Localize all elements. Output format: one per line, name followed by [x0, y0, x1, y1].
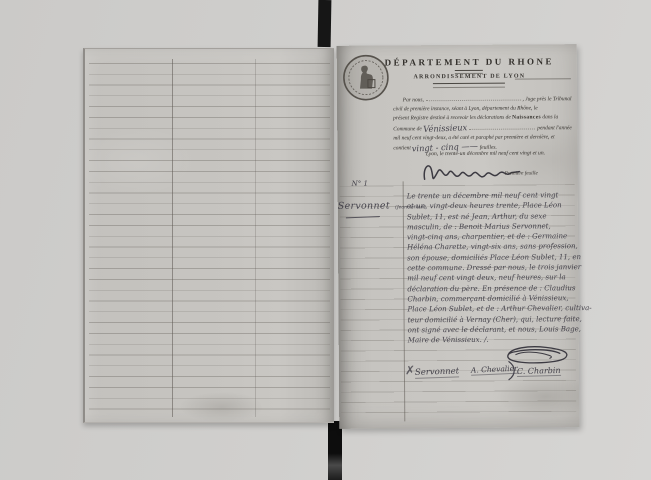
signature-row: ✗ Servonnet A. Chevalier C. Charbin	[405, 364, 577, 383]
margin-surname: Servonnet	[338, 200, 390, 211]
spine-clamp-bottom	[328, 421, 342, 480]
act-line: et un, vingt-deux heures trente, Place L…	[407, 200, 574, 211]
register-scan: DÉPARTEMENT DU RHONE ARRONDISSEMENT DE L…	[0, 0, 651, 480]
preamble-line1-pre: Par nous,	[403, 96, 424, 105]
department-title: DÉPARTEMENT DU RHONE	[377, 56, 562, 67]
act-line: ont signé avec le déclarant, et nous, Lo…	[408, 324, 575, 335]
preamble-line4-post: pendant l'année	[537, 124, 572, 133]
witness-signature-charbin: C. Charbin	[517, 366, 561, 377]
act-number: N° 1	[352, 180, 368, 188]
spine-clamp-top	[318, 0, 332, 47]
pen-cross-flourish: ✗	[405, 363, 415, 377]
preamble-line1-post: , Juge près le Tribunal	[523, 95, 572, 104]
act-line: Place Léon Sublet, et de : Arthur Cheval…	[407, 303, 574, 314]
ruled-lines-left	[89, 63, 330, 417]
blank-line	[426, 94, 521, 102]
naissances-word: Naissances	[512, 113, 541, 122]
preamble-line3-post: dans la	[542, 113, 558, 122]
left-page-blank	[83, 48, 334, 423]
first-sheet-note: Première feuille	[505, 170, 538, 176]
arrondissement-title-rule	[433, 83, 505, 89]
right-page-act: DÉPARTEMENT DU RHONE ARRONDISSEMENT DE L…	[337, 44, 580, 429]
blank-line	[469, 122, 535, 129]
witness-signature-servonnet: Servonnet	[415, 366, 460, 378]
preamble-dateline: Lyon, le trente-un décembre mil neuf cen…	[393, 150, 577, 157]
left-page-margin-rule	[255, 59, 256, 417]
paraph-flourish	[507, 361, 517, 381]
heading-blank-line	[515, 78, 571, 79]
act-line: mil neuf cent vingt deux, neuf heures, s…	[407, 273, 574, 284]
left-page-column-rule	[172, 59, 173, 417]
register-preamble: Par nous, , Juge près le Tribunal civil …	[393, 93, 572, 153]
commune-name-handwritten: Vénissieux	[423, 124, 467, 135]
birth-act-text: Le trente un décembre mil neuf cent ving…	[407, 190, 575, 346]
act-margin-name: Servonnet (Jean Arthur)	[338, 193, 404, 212]
preamble-line4-pre: Commune de	[393, 125, 422, 134]
